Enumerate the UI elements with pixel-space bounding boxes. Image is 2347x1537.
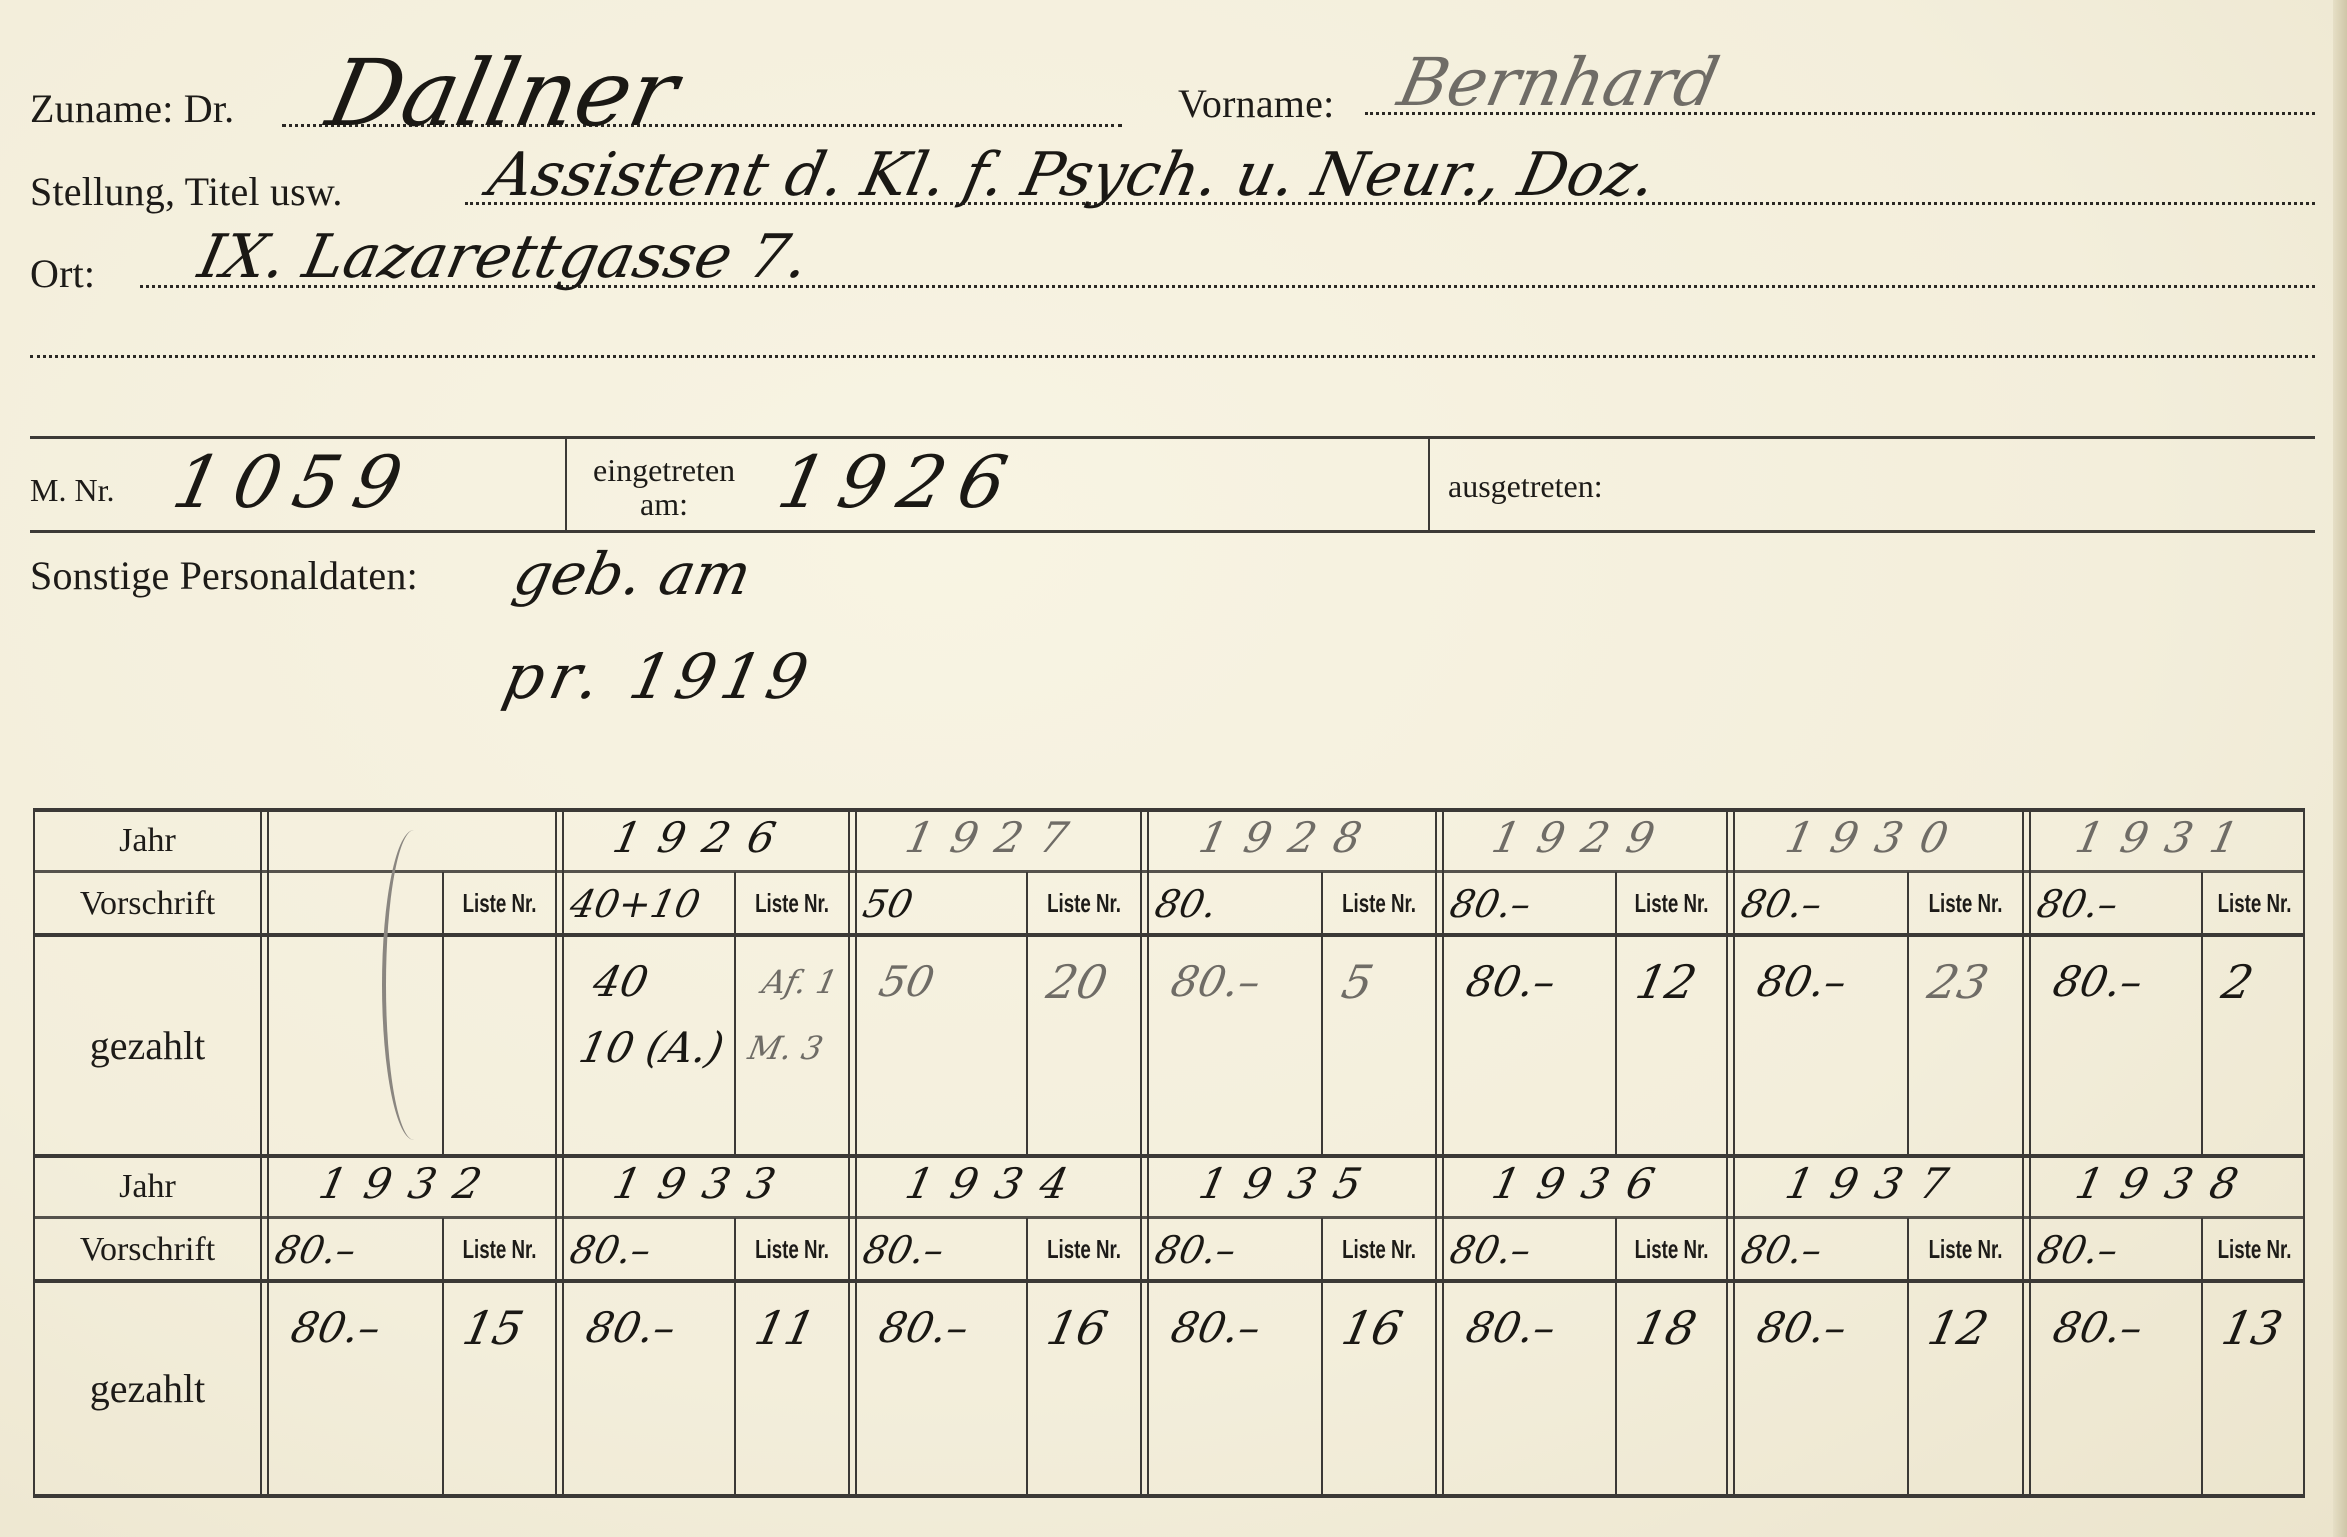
location-label: Ort: xyxy=(30,250,95,297)
assessment-value: 80.– xyxy=(1141,1218,1329,1281)
list-no-value: 12 xyxy=(1630,949,1727,1015)
year-value: 1930 xyxy=(1731,806,2020,868)
list-no-label: Liste Nr. xyxy=(1337,872,1421,935)
list-no-label: Liste Nr. xyxy=(1631,872,1712,935)
list-no-value: 11 xyxy=(749,1295,849,1361)
position-label: Stellung, Titel usw. xyxy=(30,168,343,215)
amount-list-divider xyxy=(734,1218,736,1496)
list-no-label: Liste Nr. xyxy=(1337,1218,1421,1281)
assessment-value: 80.– xyxy=(556,1218,742,1281)
list-no-label: Liste Nr. xyxy=(1923,1218,2007,1281)
paid-value: 80.– xyxy=(2047,1295,2198,1361)
amount-list-divider xyxy=(1907,872,1909,1156)
row-label-year: Jahr xyxy=(33,810,262,872)
year-value: 1938 xyxy=(2027,1152,2304,1214)
dues-ledger-table-1: JahrVorschriftgezahltListe Nr.192640+10L… xyxy=(33,810,2305,1156)
list-no-value: Af. 1 M. 3 xyxy=(742,949,856,1081)
paid-value: 80.– xyxy=(580,1295,731,1361)
membership-index-card: Zuname: Dr. Dallner Vorname: Bernhard St… xyxy=(0,0,2347,1537)
list-no-label: Liste Nr. xyxy=(458,1218,541,1281)
paid-value: 80.– xyxy=(1460,949,1612,1015)
amount-list-divider xyxy=(1615,872,1617,1156)
other-data-label: Sonstige Personaldaten: xyxy=(30,552,418,599)
assessment-value: 80.– xyxy=(1727,1218,1915,1281)
list-no-value: 16 xyxy=(1041,1295,1141,1361)
paid-value: 40 10 (A.) xyxy=(573,949,738,1081)
list-no-value: 2 xyxy=(2216,949,2307,1015)
assessment-value: 80.– xyxy=(2023,872,2209,935)
list-no-value: 23 xyxy=(1922,949,2023,1015)
year-value: 1937 xyxy=(1731,1152,2020,1214)
amount-list-divider xyxy=(1321,1218,1323,1496)
assessment-value: 50 xyxy=(849,872,1034,935)
other-data-line1: geb. am xyxy=(508,540,757,608)
left-label: ausgetreten: xyxy=(1448,468,1603,505)
row-label-assessment: Vorschrift xyxy=(33,1218,262,1281)
first-name-value: Bernhard xyxy=(1392,44,1726,121)
paid-value: 80.– xyxy=(873,1295,1023,1361)
member-row-bottom-rule xyxy=(30,530,2315,533)
year-value: 1926 xyxy=(560,806,846,868)
card-edge xyxy=(2333,0,2347,1537)
paid-value: 50 xyxy=(873,949,1023,1015)
row-label-assessment: Vorschrift xyxy=(33,872,262,935)
year-value: 1934 xyxy=(853,1152,1138,1214)
joined-label-line1: eingetreten xyxy=(593,452,735,489)
row-label-paid: gezahlt xyxy=(33,935,262,1156)
member-no-label: M. Nr. xyxy=(30,472,114,509)
extra-line xyxy=(30,355,2315,358)
year-value: 1928 xyxy=(1145,806,1433,868)
amount-list-divider xyxy=(1026,872,1028,1156)
paid-value: 80.– xyxy=(1751,949,1904,1015)
year-value: 1935 xyxy=(1145,1152,1433,1214)
surname-label: Zuname: Dr. xyxy=(30,85,234,132)
paid-value: 80.– xyxy=(1165,1295,1318,1361)
row-label-paid: gezahlt xyxy=(33,1281,262,1496)
first-name-label: Vorname: xyxy=(1178,80,1334,127)
amount-list-divider xyxy=(2201,1218,2203,1496)
assessment-value: 80.– xyxy=(1436,1218,1623,1281)
list-no-value: 13 xyxy=(2216,1295,2307,1361)
dues-ledger-table-2: JahrVorschriftgezahlt193280.–Liste Nr.80… xyxy=(33,1156,2305,1496)
amount-list-divider xyxy=(442,1218,444,1496)
list-no-label: Liste Nr. xyxy=(2216,1218,2293,1281)
amount-list-divider xyxy=(1026,1218,1028,1496)
list-no-value: 16 xyxy=(1336,1295,1436,1361)
assessment-value: 80. xyxy=(1141,872,1329,935)
position-value: Assistent d. Kl. f. Psych. u. Neur., Doz… xyxy=(483,140,1663,210)
assessment-value: 80.– xyxy=(261,1218,450,1281)
year-value: 1931 xyxy=(2027,806,2304,868)
list-no-label: Liste Nr. xyxy=(2216,872,2293,935)
amount-list-divider xyxy=(1907,1218,1909,1496)
amount-list-divider xyxy=(734,872,736,1156)
list-no-label: Liste Nr. xyxy=(750,872,834,935)
paid-value: 80.– xyxy=(1460,1295,1612,1361)
member-no-value: 1059 xyxy=(166,440,423,524)
list-no-label: Liste Nr. xyxy=(1631,1218,1712,1281)
joined-value: 1926 xyxy=(771,440,1028,524)
year-value: 1933 xyxy=(560,1152,846,1214)
year-value: 1936 xyxy=(1440,1152,1724,1214)
year-value: 1927 xyxy=(853,806,1138,868)
paid-value: 80.– xyxy=(2047,949,2198,1015)
member-row-divider-2 xyxy=(1428,438,1430,530)
paid-value: 80.– xyxy=(1751,1295,1904,1361)
ledger-border-right xyxy=(2303,1156,2305,1496)
list-no-label: Liste Nr. xyxy=(458,872,541,935)
list-no-value: 18 xyxy=(1630,1295,1727,1361)
list-no-value: 5 xyxy=(1336,949,1436,1015)
assessment-value: 80.– xyxy=(1436,872,1623,935)
location-value: IX. Lazarettgasse 7. xyxy=(193,222,815,292)
member-row-divider-1 xyxy=(565,438,567,530)
list-no-value: 15 xyxy=(457,1295,556,1361)
paid-value: 80.– xyxy=(285,1295,439,1361)
member-row-top-rule xyxy=(30,436,2315,439)
row-label-year: Jahr xyxy=(33,1156,262,1218)
assessment-value: 80.– xyxy=(2023,1218,2209,1281)
list-no-label: Liste Nr. xyxy=(1042,1218,1126,1281)
other-data-line2: pr. 1919 xyxy=(497,640,820,713)
assessment-value: 80.– xyxy=(1727,872,1915,935)
amount-list-divider xyxy=(2201,872,2203,1156)
list-no-label: Liste Nr. xyxy=(1042,872,1126,935)
joined-label-line2: am: xyxy=(640,486,688,523)
list-no-label: Liste Nr. xyxy=(750,1218,834,1281)
amount-list-divider xyxy=(1321,872,1323,1156)
assessment-value: 40+10 xyxy=(556,872,742,935)
list-no-value: 12 xyxy=(1922,1295,2023,1361)
year-value: 1932 xyxy=(265,1152,553,1214)
pencil-bracket-mark xyxy=(382,830,446,1140)
assessment-value: 80.– xyxy=(849,1218,1034,1281)
ledger-rule-3 xyxy=(33,1494,2305,1498)
ledger-border-right xyxy=(2303,810,2305,1156)
list-no-value: 20 xyxy=(1041,949,1141,1015)
paid-value: 80.– xyxy=(1165,949,1318,1015)
surname-value: Dallner xyxy=(319,40,687,147)
amount-list-divider xyxy=(1615,1218,1617,1496)
list-no-label: Liste Nr. xyxy=(1923,872,2007,935)
year-value: 1929 xyxy=(1440,806,1724,868)
